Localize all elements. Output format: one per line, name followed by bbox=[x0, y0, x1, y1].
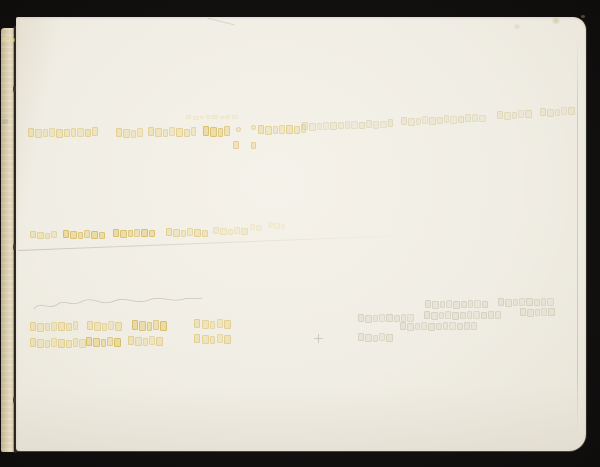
ink-speck bbox=[581, 15, 585, 18]
binding-stitch bbox=[13, 244, 16, 250]
binding-stitch bbox=[13, 86, 16, 92]
photo-backdrop bbox=[0, 0, 600, 467]
tan-smudge bbox=[550, 17, 562, 24]
album-page bbox=[16, 17, 586, 451]
pencil-squiggle bbox=[30, 294, 210, 316]
page-stack-edge bbox=[577, 34, 578, 436]
pencil-squiggle-path bbox=[34, 298, 202, 309]
faint-smudge bbox=[512, 24, 522, 29]
binding-stitch bbox=[13, 397, 16, 403]
pencil-plus-mark bbox=[314, 334, 323, 343]
